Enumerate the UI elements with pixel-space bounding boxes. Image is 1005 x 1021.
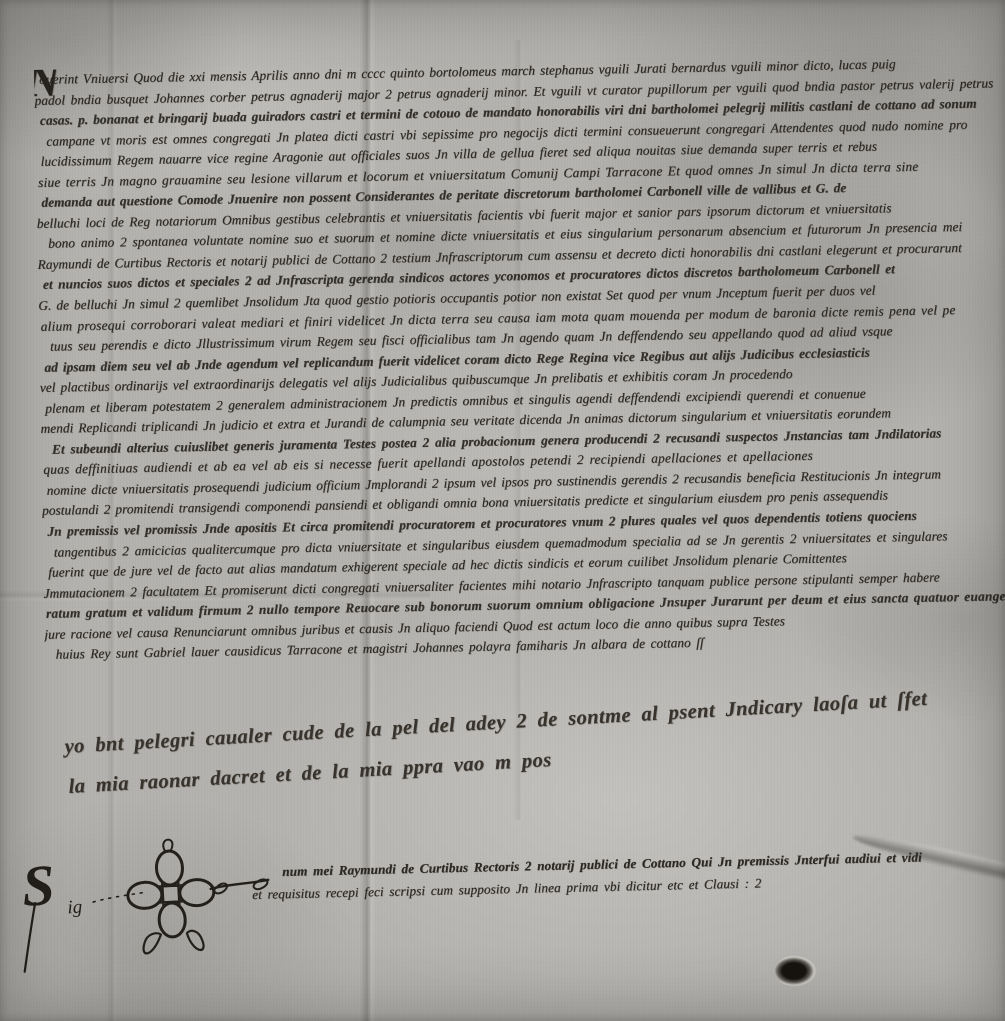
signum-letters-ig: ig (67, 897, 83, 919)
vernacular-note-line-2: la mia raonar dacret et de la mia ppra v… (68, 749, 552, 799)
manuscript-lines: ouerint Vniuersi Quod die xxi mensis Apr… (34, 52, 1005, 665)
notary-attestation-line-2: et requisitus recepi feci scripsi cum su… (252, 875, 762, 903)
notary-attestation-line-1: num mei Raymundi de Curtibus Rectoris 2 … (282, 849, 922, 880)
signum-letter-s: S (21, 852, 57, 919)
ink-hole-stain (775, 955, 817, 987)
notarial-sign-icon: S ig (16, 830, 289, 978)
manuscript-scan: N ouerint Vniuersi Quod die xxi mensis A… (0, 0, 1005, 1021)
latin-text-block: N ouerint Vniuersi Quod die xxi mensis A… (34, 52, 1005, 710)
